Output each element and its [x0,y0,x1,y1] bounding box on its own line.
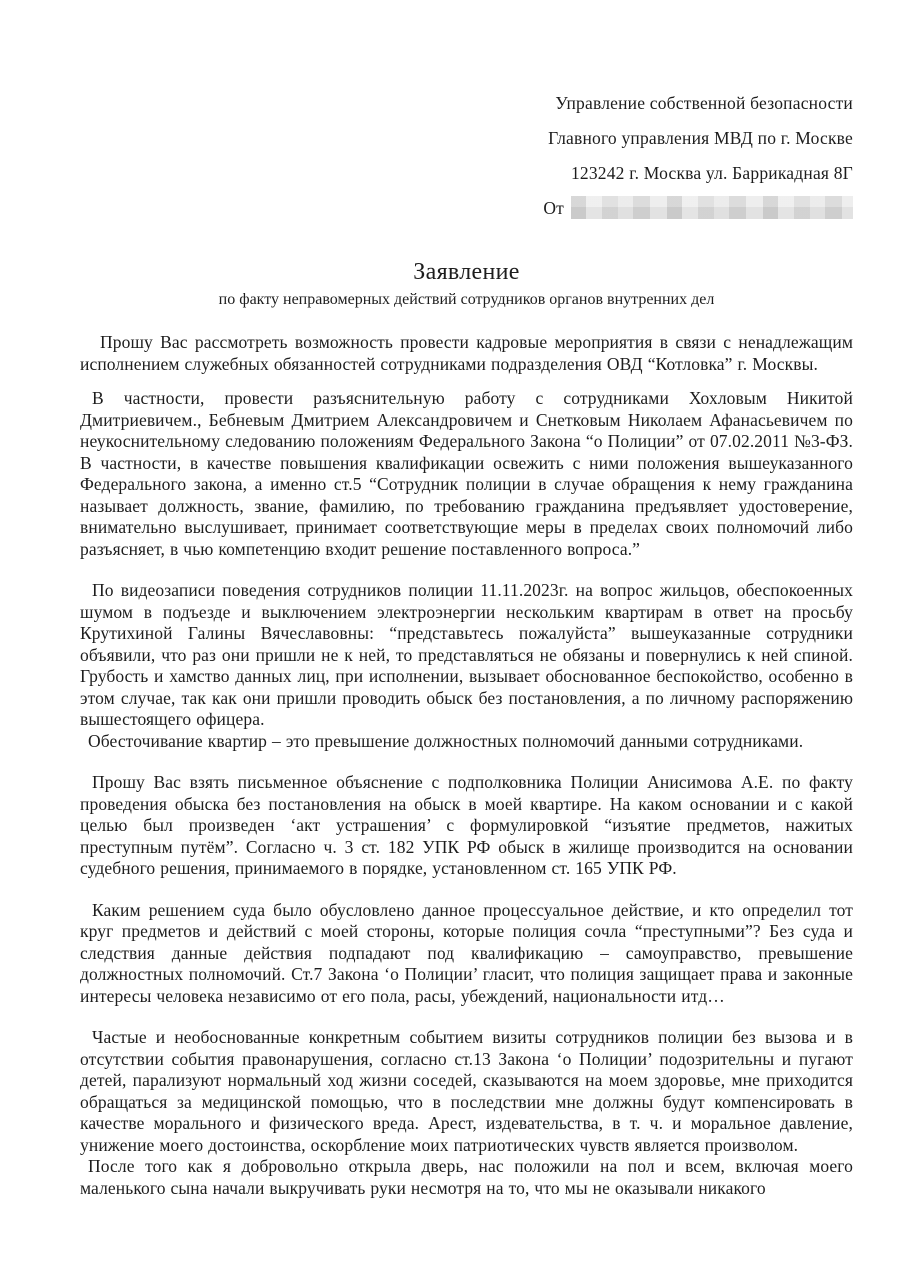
recipient-line-department: Управление собственной безопасности [80,86,853,121]
paragraph-video-incident: По видеозаписи поведения сотрудников пол… [80,580,853,731]
paragraph-door-opening-incident: После того как я добровольно открыла две… [80,1156,853,1199]
recipient-line-agency: Главного управления МВД по г. Москве [80,121,853,156]
paragraph-request-hr-measures: Прошу Вас рассмотреть возможность провес… [80,332,853,375]
paragraph-unjustified-visits: Частые и необоснованные конкретным событ… [80,1027,853,1156]
document-subtitle: по факту неправомерных действий сотрудни… [80,290,853,310]
paragraph-court-decision-question: Каким решением суда было обусловлено дан… [80,900,853,1008]
paragraph-power-cutoff: Обесточивание квартир – это превышение д… [80,731,853,753]
paragraph-written-explanation-request: Прошу Вас взять письменное объяснение с … [80,772,853,880]
document-page: Управление собственной безопасности Глав… [0,0,905,1280]
recipient-line-address: 123242 г. Москва ул. Баррикадная 8Г [80,156,853,191]
recipient-from-line: От [80,191,853,226]
document-body: Прошу Вас рассмотреть возможность провес… [80,332,853,1199]
paragraph-officers-retraining: В частности, провести разъяснительную ра… [80,388,853,560]
recipient-block: Управление собственной безопасности Глав… [80,86,853,226]
from-label: От [543,198,564,218]
document-title: Заявление [80,258,853,286]
redacted-applicant-name [571,196,853,219]
